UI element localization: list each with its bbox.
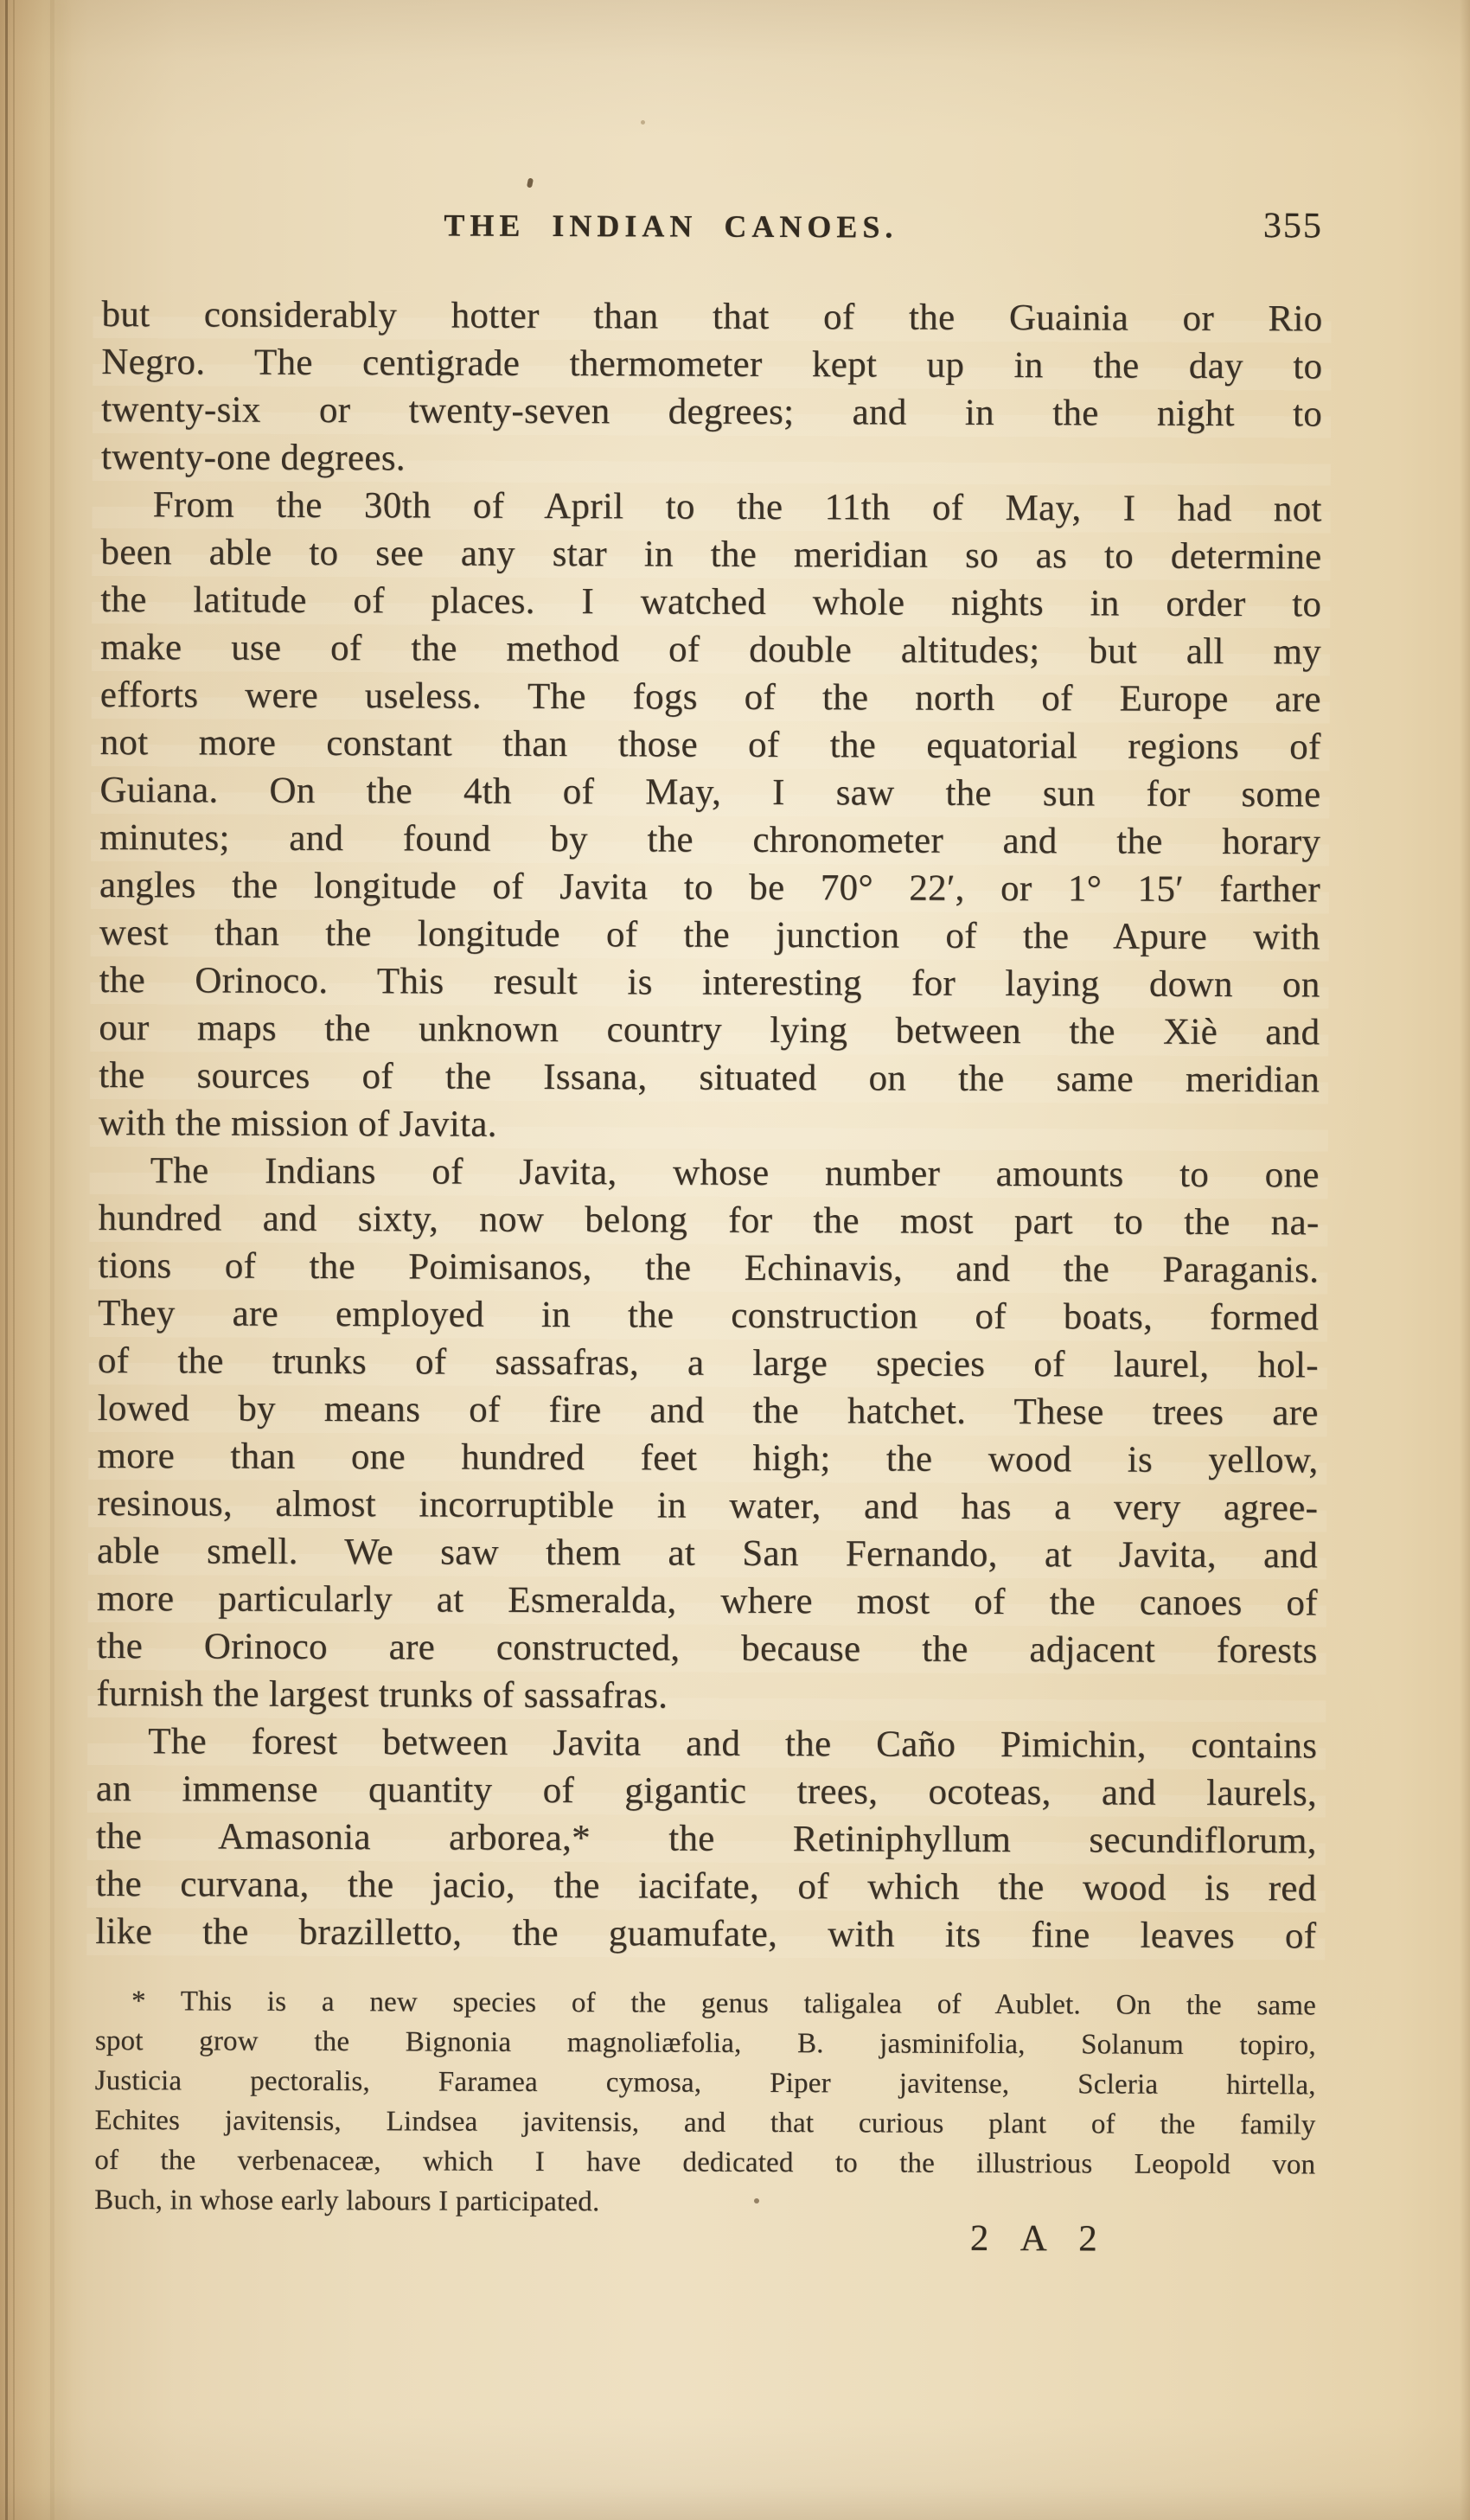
- paragraph: The Indians of Javita, whose number amou…: [96, 1147, 1320, 1722]
- signature-mark: 2 A 2: [970, 2217, 1108, 2261]
- text-line: not more constant than those of the equa…: [100, 719, 1321, 771]
- text-line: been able to see any star in the meridia…: [100, 528, 1321, 580]
- binding-edge-line-faint: [13, 0, 15, 2520]
- text-line: twenty-one degrees.: [101, 433, 1322, 485]
- right-edge-shadow: [1460, 0, 1470, 2520]
- text-line: resinous, almost incorruptible in water,…: [97, 1480, 1318, 1532]
- text-line: like the brazilletto, the guamufate, wit…: [95, 1908, 1316, 1960]
- text-line: the curvana, the jacio, the iacifate, of…: [95, 1860, 1316, 1912]
- text-line: hundred and sixty, now belong for the mo…: [98, 1194, 1319, 1246]
- text-line: furnish the largest trunks of sassafras.: [96, 1670, 1317, 1722]
- text-line: minutes; and found by the chronometer an…: [99, 814, 1320, 866]
- paragraph: From the 30th of April to the 11th of Ma…: [99, 481, 1322, 1151]
- body-text: but considerably hotter than that of the…: [95, 291, 1322, 1960]
- text-line: an immense quantity of gigantic trees, o…: [96, 1765, 1317, 1817]
- text-line: more particularly at Esmeralda, where mo…: [97, 1575, 1318, 1627]
- text-line: make use of the method of double altitud…: [100, 624, 1321, 675]
- footnote-line: * This is a new species of the genus tal…: [95, 1981, 1316, 2025]
- text-line: The forest between Javita and the Caño P…: [96, 1717, 1317, 1769]
- text-line: the latitude of places. I watched whole …: [100, 576, 1321, 628]
- page-crease: [50, 0, 54, 2520]
- footnote-line: Justicia pectoralis, Faramea cymosa, Pip…: [95, 2061, 1316, 2105]
- paragraph: The forest between Javita and the Caño P…: [95, 1717, 1317, 1960]
- text-line: more than one hundred feet high; the woo…: [97, 1432, 1318, 1484]
- text-line: the sources of the Issana, situated on t…: [99, 1052, 1320, 1103]
- text-line: the Orinoco are constructed, because the…: [96, 1622, 1317, 1674]
- footnote-line: spot grow the Bignonia magnoliæfolia, B.…: [95, 2021, 1316, 2065]
- text-line: the Amasonia arborea,* the Retiniphyllum…: [96, 1813, 1317, 1864]
- text-line: tions of the Poimisanos, the Echinavis, …: [98, 1242, 1319, 1294]
- footnote: * This is a new species of the genus tal…: [94, 1981, 1316, 2224]
- type-area: THE INDIAN CANOES. 355 but considerably …: [94, 206, 1323, 2224]
- running-title: THE INDIAN CANOES.: [444, 208, 898, 246]
- text-line: our maps the unknown country lying betwe…: [99, 1004, 1320, 1056]
- page-number: 355: [1263, 205, 1323, 246]
- text-line: able smell. We saw them at San Fernando,…: [97, 1527, 1318, 1579]
- text-line: with the mission of Javita.: [99, 1099, 1320, 1151]
- text-line: the Orinoco. This result is interesting …: [99, 956, 1320, 1008]
- ink-speck: [527, 177, 534, 188]
- text-line: They are employed in the construction of…: [98, 1289, 1319, 1341]
- text-line: efforts were useless. The fogs of the no…: [100, 671, 1321, 723]
- ink-speck: [641, 120, 645, 125]
- text-line: Guiana. On the 4th of May, I saw the sun…: [99, 766, 1320, 818]
- footnote-line: Echites javitensis, Lindsea javitensis, …: [94, 2101, 1315, 2145]
- text-line: twenty-six or twenty-seven degrees; and …: [101, 386, 1322, 438]
- footnote-line: of the verbenaceæ, which I have dedicate…: [94, 2140, 1315, 2184]
- text-line: west than the longitude of the junction …: [99, 909, 1320, 961]
- text-line: lowed by means of fire and the hatchet. …: [98, 1385, 1319, 1436]
- running-head: THE INDIAN CANOES. 355: [102, 206, 1323, 295]
- text-line: The Indians of Javita, whose number amou…: [99, 1147, 1320, 1199]
- text-line: of the trunks of sassafras, a large spec…: [98, 1337, 1319, 1389]
- binding-edge-line: [5, 0, 8, 2520]
- text-line: Negro. The centigrade thermometer kept u…: [101, 338, 1322, 390]
- text-line: but considerably hotter than that of the…: [101, 291, 1322, 342]
- footnote-line: Buch, in whose early labours I participa…: [94, 2180, 1315, 2224]
- text-line: From the 30th of April to the 11th of Ma…: [101, 481, 1322, 533]
- scanned-page: THE INDIAN CANOES. 355 but considerably …: [0, 0, 1470, 2520]
- paragraph: but considerably hotter than that of the…: [101, 291, 1323, 485]
- text-line: angles the longitude of Javita to be 70°…: [99, 861, 1320, 913]
